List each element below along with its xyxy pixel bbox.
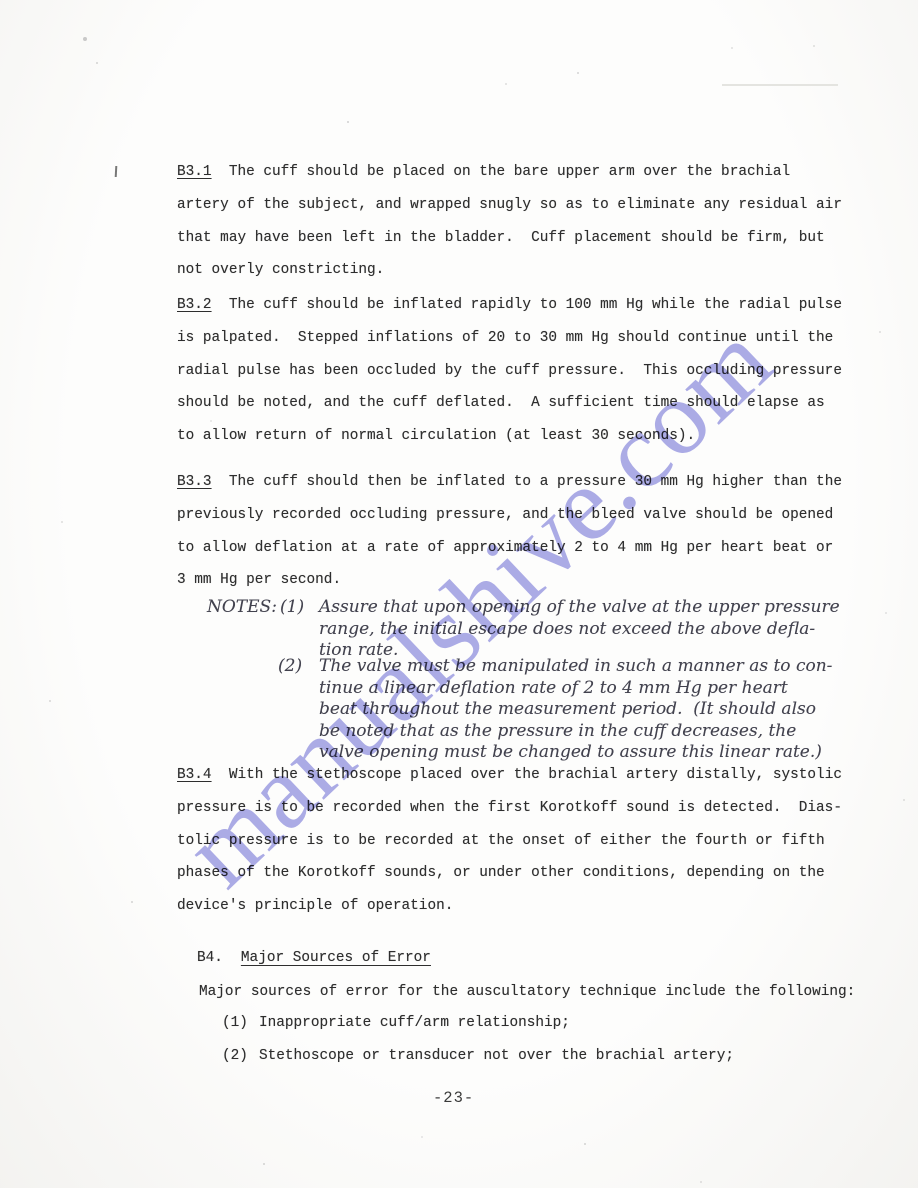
paragraph-text: With the stethoscope placed over the bra…	[212, 767, 842, 783]
note-text-line: be noted that as the pressure in the cuf…	[319, 721, 832, 743]
paragraph-line: pressure is to be recorded when the firs…	[177, 792, 842, 825]
paragraph-line: to allow return of normal circulation (a…	[177, 420, 842, 453]
paragraph-line: B3.1 The cuff should be placed on the ba…	[177, 156, 842, 189]
list-item-text: Stethoscope or transducer not over the b…	[259, 1048, 734, 1064]
note-text-line: beat throughout the measurement period. …	[319, 699, 832, 721]
paragraph-line: that may have been left in the bladder. …	[177, 222, 842, 255]
section-number: B3.1	[177, 164, 212, 180]
paragraph-line: tolic pressure is to be recorded at the …	[177, 825, 842, 858]
paragraph-line: Major sources of error for the auscultat…	[199, 976, 855, 1009]
b4-list-item-1: (1)Inappropriate cuff/arm relationship;	[222, 1007, 570, 1040]
scan-noise-speckles	[0, 0, 2, 2]
b4-list-item-2: (2)Stethoscope or transducer not over th…	[222, 1040, 734, 1073]
paragraph-line: B3.2 The cuff should be inflated rapidly…	[177, 289, 842, 322]
paragraph-text: The cuff should then be inflated to a pr…	[212, 474, 842, 490]
scan-tick-mark	[115, 166, 118, 177]
section-number: B3.4	[177, 767, 212, 783]
paragraph-text: The cuff should be inflated rapidly to 1…	[212, 297, 842, 313]
section-b3-3: B3.3 The cuff should then be inflated to…	[177, 466, 842, 597]
paragraph-line: 3 mm Hg per second.	[177, 564, 842, 597]
list-item-line: (2)Stethoscope or transducer not over th…	[222, 1040, 734, 1073]
paragraph-line: not overly constricting.	[177, 254, 842, 287]
section-number: B4.	[197, 950, 223, 966]
note-text-line: range, the initial escape does not excee…	[319, 619, 840, 641]
paragraph-line: B3.4 With the stethoscope placed over th…	[177, 759, 842, 792]
list-item-line: (1)Inappropriate cuff/arm relationship;	[222, 1007, 570, 1040]
note-text: Assure that upon opening of the valve at…	[319, 597, 840, 662]
section-number: B3.3	[177, 474, 212, 490]
note-number: (1)	[280, 597, 304, 619]
scan-faint-line	[722, 84, 838, 86]
scanned-document-page: B3.1 The cuff should be placed on the ba…	[0, 0, 918, 1188]
paragraph-line: phases of the Korotkoff sounds, or under…	[177, 857, 842, 890]
paragraph-text: The cuff should be placed on the bare up…	[212, 164, 791, 180]
paragraph-line: previously recorded occluding pressure, …	[177, 499, 842, 532]
list-item-number: (1)	[222, 1007, 259, 1040]
list-item-number: (2)	[222, 1040, 259, 1073]
paragraph-line: to allow deflation at a rate of approxim…	[177, 532, 842, 565]
section-b3-4: B3.4 With the stethoscope placed over th…	[177, 759, 842, 923]
note-text: The valve must be manipulated in such a …	[319, 656, 832, 764]
notes-label: NOTES:	[207, 597, 277, 619]
paragraph-line: device's principle of operation.	[177, 890, 842, 923]
paragraph-line: artery of the subject, and wrapped snugl…	[177, 189, 842, 222]
section-b4-heading: B4.Major Sources of Error	[197, 942, 431, 975]
paragraph-line: should be noted, and the cuff deflated. …	[177, 387, 842, 420]
note-text-line: tinue a linear deflation rate of 2 to 4 …	[319, 678, 832, 700]
section-b4-intro: Major sources of error for the auscultat…	[199, 976, 855, 1009]
section-title: Major Sources of Error	[241, 950, 431, 966]
page-number: -23-	[433, 1089, 474, 1107]
note-text-line: The valve must be manipulated in such a …	[319, 656, 832, 678]
section-b3-2: B3.2 The cuff should be inflated rapidly…	[177, 289, 842, 453]
note-text-line: Assure that upon opening of the valve at…	[319, 597, 840, 619]
paragraph-line: is palpated. Stepped inflations of 20 to…	[177, 322, 842, 355]
paragraph-line: B3.3 The cuff should then be inflated to…	[177, 466, 842, 499]
paragraph-line: radial pulse has been occluded by the cu…	[177, 355, 842, 388]
section-number: B3.2	[177, 297, 212, 313]
list-item-text: Inappropriate cuff/arm relationship;	[259, 1015, 570, 1031]
note-number: (2)	[278, 656, 302, 678]
heading-line: B4.Major Sources of Error	[197, 942, 431, 975]
section-b3-1: B3.1 The cuff should be placed on the ba…	[177, 156, 842, 287]
